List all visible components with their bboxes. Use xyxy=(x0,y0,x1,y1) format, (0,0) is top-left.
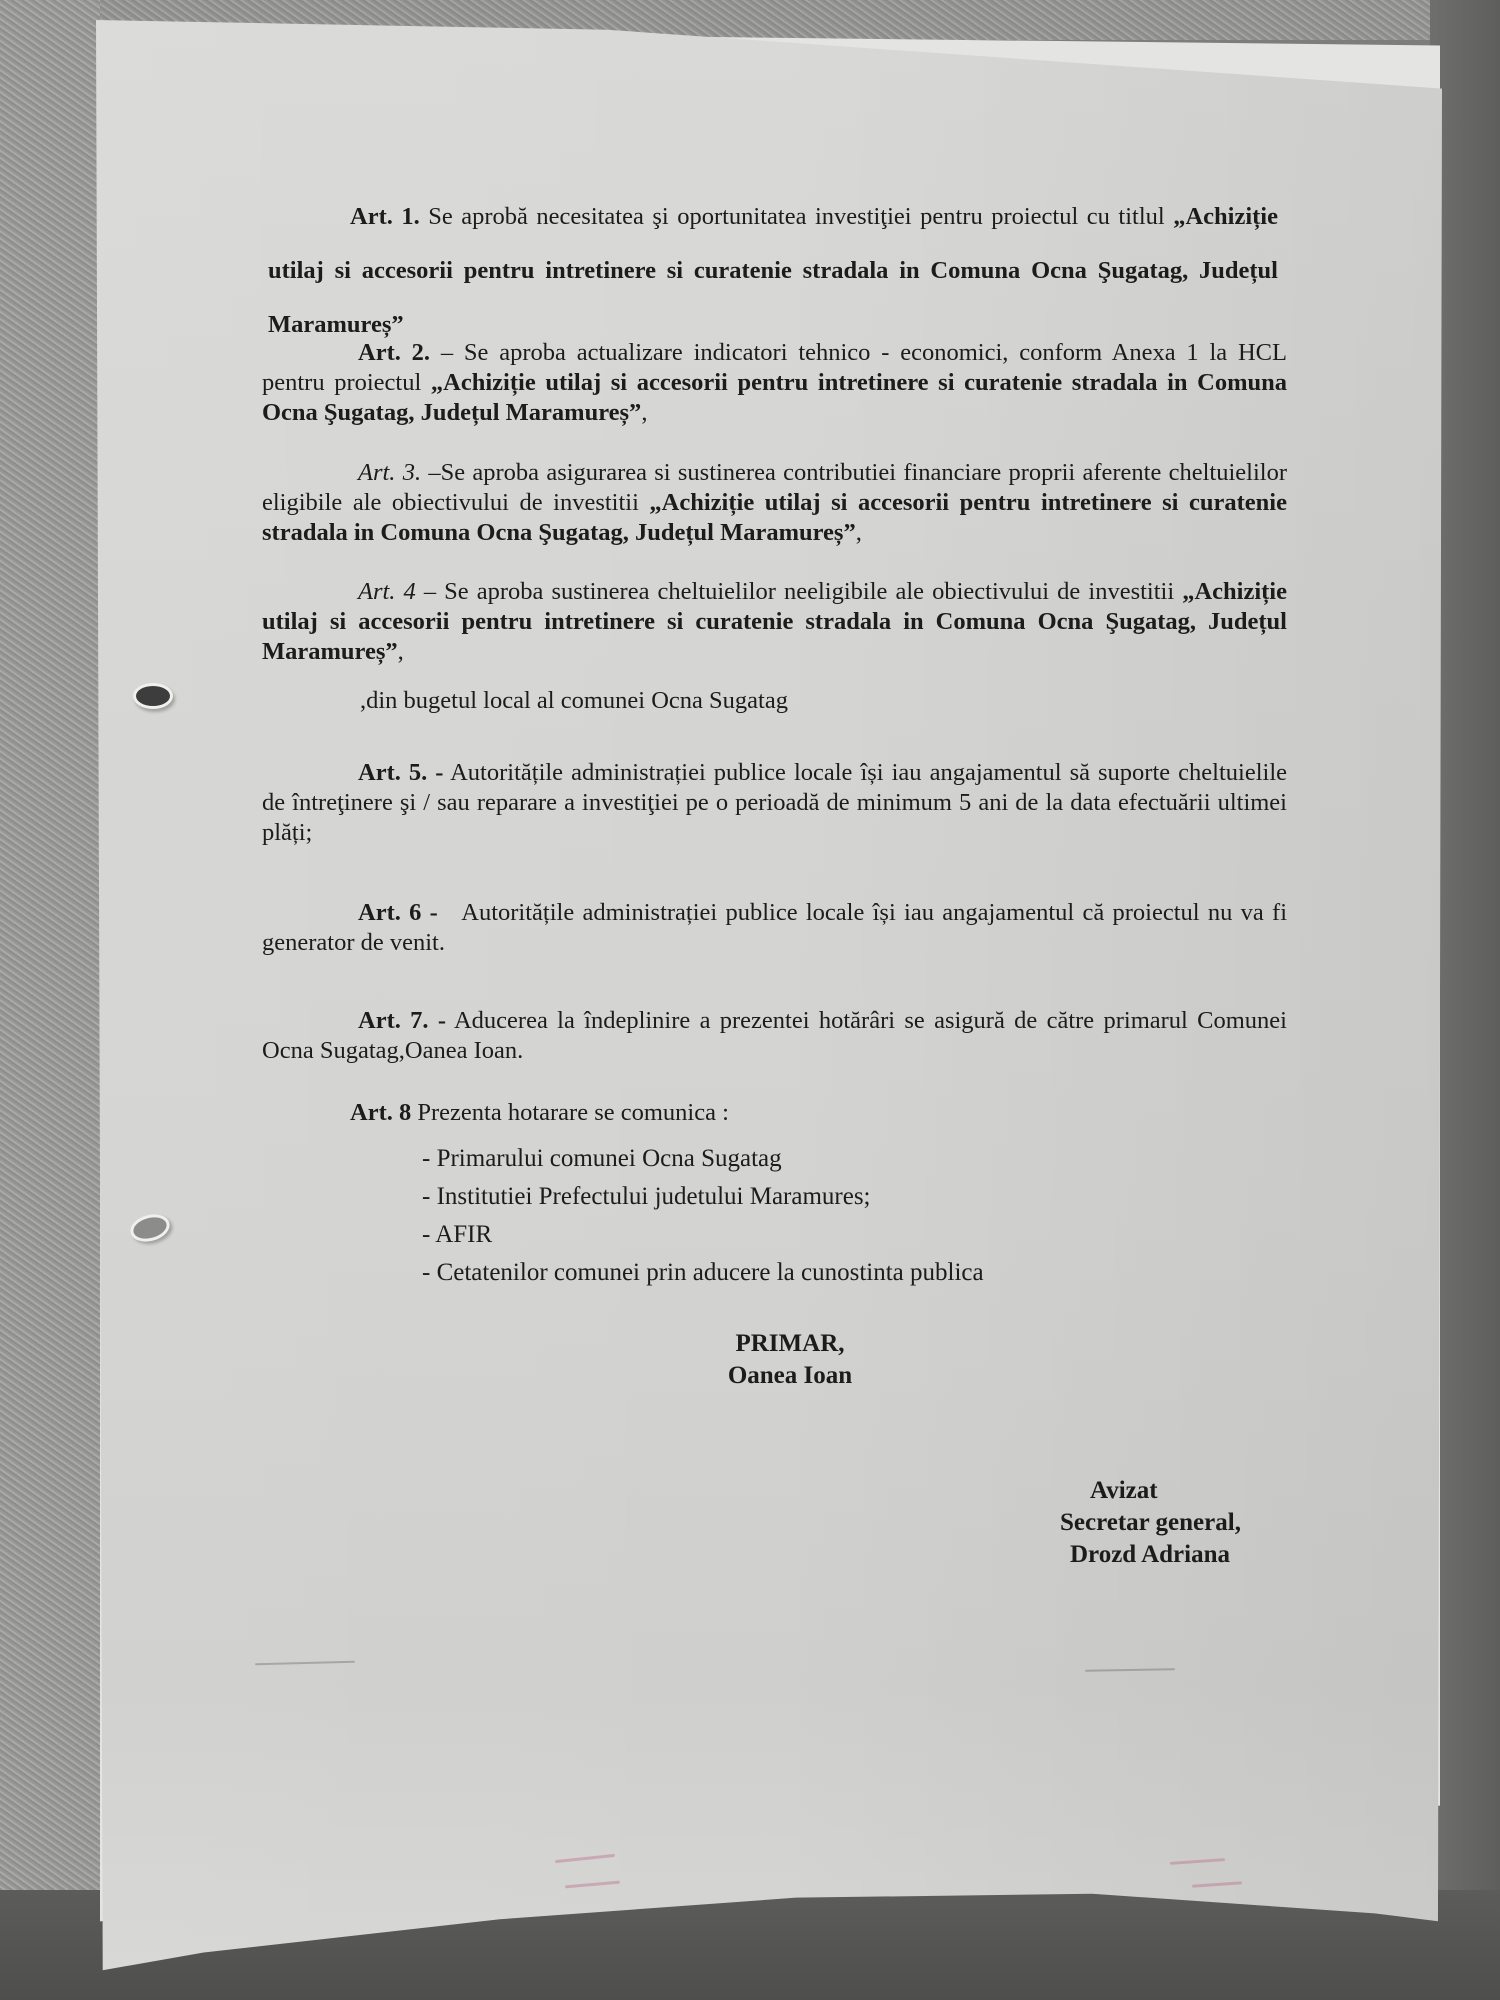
article-5: Art. 5. - Autoritățile administrației pu… xyxy=(262,758,1287,848)
article-4-label: Art. 4 xyxy=(358,578,416,605)
punctuation: , xyxy=(856,519,862,546)
mayor-name: Oanea Ioan xyxy=(640,1360,940,1392)
article-6-label: Art. 6 - xyxy=(358,899,438,926)
article-3: Art. 3. –Se aproba asigurarea si sustine… xyxy=(262,458,1287,548)
secretary-name: Drozd Adriana xyxy=(1060,1539,1310,1571)
article-1-text: Se aprobă necesitatea şi oportunitatea i… xyxy=(420,203,1173,230)
article-7-label: Art. 7. - xyxy=(358,1007,446,1034)
secretary-signature-block: Avizat Secretar general, Drozd Adriana xyxy=(1060,1475,1310,1571)
secretary-title: Secretar general, xyxy=(1060,1507,1310,1539)
approval-label: Avizat xyxy=(1060,1475,1310,1507)
article-1: Art. 1. Se aprobă necesitatea şi oportun… xyxy=(268,190,1278,352)
punctuation: , xyxy=(398,638,404,665)
mayor-title: PRIMAR, xyxy=(640,1328,940,1360)
article-2: Art. 2. – Se aproba actualizare indicato… xyxy=(262,338,1287,428)
article-1-label: Art. 1. xyxy=(350,203,420,230)
article-8-label: Art. 8 xyxy=(350,1099,411,1126)
article-3-label: Art. 3. xyxy=(358,459,421,486)
mayor-signature-block: PRIMAR, Oanea Ioan xyxy=(640,1328,940,1392)
recipients-list: - Primarului comunei Ocna Sugatag - Inst… xyxy=(422,1140,1222,1292)
recipient-item: - Institutiei Prefectului judetului Mara… xyxy=(422,1178,1222,1216)
recipient-item: - Cetatenilor comunei prin aducere la cu… xyxy=(422,1254,1222,1292)
punctuation: , xyxy=(641,399,647,426)
article-8: Art. 8 Prezenta hotarare se comunica : xyxy=(350,1098,1050,1128)
recipient-item: - Primarului comunei Ocna Sugatag xyxy=(422,1140,1222,1178)
article-2-label: Art. 2. xyxy=(358,339,430,366)
recipient-item: - AFIR xyxy=(422,1216,1222,1254)
article-5-label: Art. 5. - xyxy=(358,759,443,786)
article-4: Art. 4 – Se aproba sustinerea cheltuieli… xyxy=(262,577,1287,667)
article-4-funding-source: ,din bugetul local al comunei Ocna Sugat… xyxy=(360,686,1060,716)
article-6: Art. 6 - Autoritățile administrației pub… xyxy=(262,898,1287,958)
article-8-text: Prezenta hotarare se comunica : xyxy=(411,1099,729,1126)
decision-document: Art. 1. Se aprobă necesitatea şi oportun… xyxy=(0,0,1500,2000)
article-7: Art. 7. - Aducerea la îndeplinire a prez… xyxy=(262,1006,1287,1066)
article-4-text: – Se aproba sustinerea cheltuielilor nee… xyxy=(416,578,1182,605)
